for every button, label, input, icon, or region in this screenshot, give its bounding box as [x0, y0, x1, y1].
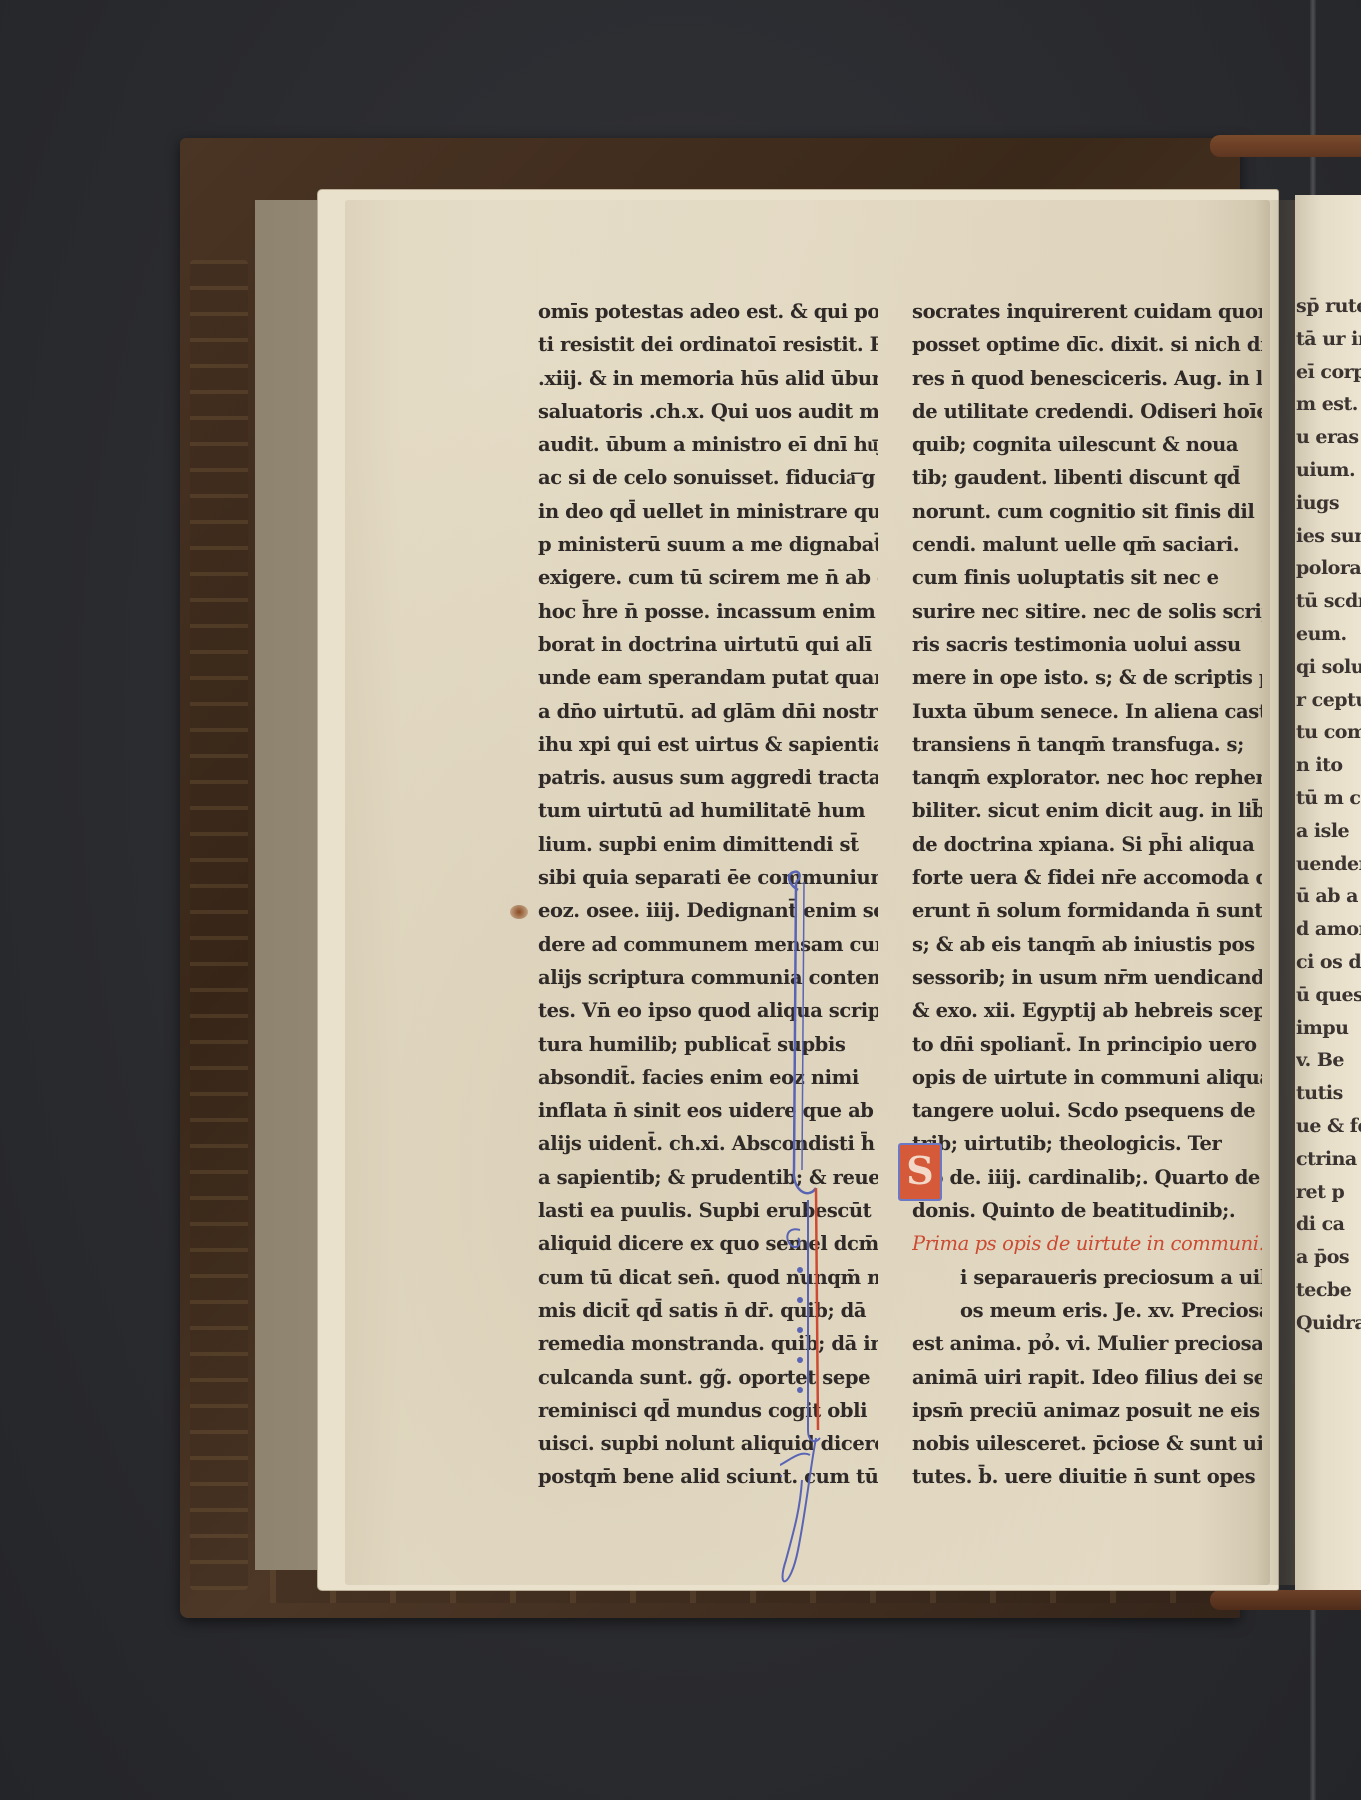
text-line: omīs potestas adeo est. & qui potesta [538, 295, 878, 328]
facing-line: ue & fe [1296, 1110, 1361, 1143]
text-line: opis de uirtute in communi aliqua [912, 1061, 1262, 1094]
facing-line: n ito [1296, 749, 1361, 782]
facing-line: tecbe [1296, 1274, 1361, 1307]
text-line: cum finis uoluptatis sit nec e [912, 561, 1262, 594]
facing-line: ū ques [1296, 979, 1361, 1012]
facing-line: eum. [1296, 618, 1361, 651]
text-line: .xiij. & in memoria hūs alid ūbum [538, 362, 878, 395]
text-line: tum uirtutū ad humilitatē hum [538, 794, 878, 827]
rubric-heading: Prima ps opis de uirtute in communi. [912, 1227, 1262, 1260]
text-line: a dn̄o uirtutū. ad glām dn̄i nostri [538, 695, 878, 728]
facing-line: tā ur imp [1296, 323, 1361, 356]
facing-line: m est. V [1296, 388, 1361, 421]
text-line: borat in doctrina uirtutū qui alī [538, 628, 878, 661]
text-line: sessorib; in usum nr̄m uendicanda. [912, 961, 1262, 994]
facing-line: tutis [1296, 1077, 1361, 1110]
blind-tooled-border-left [190, 260, 248, 1590]
facing-line: a p̄os [1296, 1241, 1361, 1274]
facing-line: polora [1296, 552, 1361, 585]
text-line: in deo qd̄ uellet in ministrare quod [538, 495, 878, 528]
text-line: tutes. b̄. uere diuitie n̄ sunt opes [912, 1460, 1262, 1493]
text-line: Iuxta ūbum senece. In aliena cast [912, 695, 1262, 728]
facing-line: ū ab a [1296, 880, 1361, 913]
facing-line: tu com [1296, 716, 1361, 749]
facing-line: ies sun [1296, 520, 1361, 553]
facing-line: di ca [1296, 1208, 1361, 1241]
text-line: de utilitate credendi. Odiseri hoīes [912, 395, 1262, 428]
facing-line: qi solus [1296, 651, 1361, 684]
text-line: hoc h̄re n̄ posse. incassum enim la [538, 595, 878, 628]
text-line: unde eam sperandam putat quam [538, 661, 878, 694]
text-line: cendi. malunt uelle qm̄ saciari. [912, 528, 1262, 561]
facing-line: uium. [1296, 454, 1361, 487]
text-line: i separaueris preciosum a uili q [912, 1261, 1262, 1294]
text-column-right: socrates inquirerent cuidam quom̄ posset… [912, 295, 1262, 1494]
facing-line: ci os d [1296, 946, 1361, 979]
facing-line: u eras T [1296, 421, 1361, 454]
facing-line: uender [1296, 848, 1361, 881]
text-line: patris. ausus sum aggredi tracta [538, 761, 878, 794]
facing-line: eī corpus. [1296, 356, 1361, 389]
facing-line: tū m co [1296, 782, 1361, 815]
text-line: trib; uirtutib; theologicis. Ter [912, 1127, 1262, 1160]
text-line: tib; gaudent. libenti discunt qd̄ [912, 461, 1262, 494]
facing-line: r ceptu [1296, 684, 1361, 717]
facing-line: tū scdn̄ [1296, 585, 1361, 618]
text-line: posset optime dīc. dixit. si nich dice [912, 328, 1262, 361]
text-line: s; & ab eis tanqm̄ ab iniustis pos [912, 928, 1262, 961]
text-line: animā uiri rapit. Ideo filius dei se [912, 1361, 1262, 1394]
text-line: forte uera & fidei nr̄e accomoda dix [912, 861, 1262, 894]
decorated-initial-s: S [898, 1143, 942, 1201]
text-line: ipsm̄ preciū animaz posuit ne eis [912, 1394, 1262, 1427]
text-line: ris sacris testimonia uolui assu [912, 628, 1262, 661]
text-line: p ministerū suum a me dignabat̄ [538, 528, 878, 561]
text-line: tanqm̄ explorator. nec hoc repheni [912, 761, 1262, 794]
text-line: surire nec sitire. nec de solis scriptu [912, 595, 1262, 628]
text-line: erunt n̄ solum formidanda n̄ sunt [912, 894, 1262, 927]
facing-line: impu [1296, 1012, 1361, 1045]
text-line: socrates inquirerent cuidam quom̄ [912, 295, 1262, 328]
text-line: exigere. cum tū scirem me n̄ ab ep̄o [538, 561, 878, 594]
spine-strap-bottom [1210, 1590, 1361, 1610]
text-line: norunt. cum cognitio sit finis dil [912, 495, 1262, 528]
facing-line: Quidra [1296, 1307, 1361, 1340]
text-line: mere in ope isto. s; & de scriptis ph̄oz… [912, 661, 1262, 694]
text-line: ac si de celo sonuisset. fiducia͞ g hūs [538, 461, 878, 494]
text-line: donis. Quinto de beatitudinib;. [912, 1194, 1262, 1227]
text-line: res n̄ quod benesciceris. Aug. in lib̄ [912, 362, 1262, 395]
text-line: de doctrina xpiana. Si ph̄i aliqua [912, 828, 1262, 861]
text-line: & exo. xii. Egyptij ab hebreis scep [912, 994, 1262, 1027]
text-line: lium. supbi enim dimittendi st̄ [538, 828, 878, 861]
facing-page-text: sp̄ rutes tā ur imp eī corpus. m est. V … [1296, 290, 1361, 1340]
facing-line: d amon [1296, 913, 1361, 946]
facing-line: ctrina [1296, 1143, 1361, 1176]
text-line: to dn̄i spoliant̄. In principio uero [912, 1028, 1262, 1061]
text-line: saluatoris .ch.x. Qui uos audit me [538, 395, 878, 428]
text-line: cio de. iiij. cardinalib;. Quarto de [912, 1161, 1262, 1194]
text-line: os meum eris. Je. xv. Preciosa [912, 1294, 1262, 1327]
spine-strap-top [1210, 135, 1361, 157]
text-line: nobis uilesceret. p̄ciose & sunt uir [912, 1427, 1262, 1460]
text-line: audit. ūbum a ministro eī dnī hu͞j. [538, 428, 878, 461]
text-line: quib; cognita uilescunt & noua [912, 428, 1262, 461]
text-line: est anima. pỏ. vi. Mulier preciosa [912, 1327, 1262, 1360]
penwork-flourish [780, 870, 880, 1600]
text-line: transiens n̄ tanqm̄ transfuga. s; [912, 728, 1262, 761]
text-line: ti resistit dei ordinatoī resistit. Ro. [538, 328, 878, 361]
ink-stain [510, 905, 528, 919]
facing-line: sp̄ rutes [1296, 290, 1361, 323]
facing-line: v. Be [1296, 1044, 1361, 1077]
facing-line: iugs [1296, 487, 1361, 520]
text-line: tangere uolui. Scdo psequens de [912, 1094, 1262, 1127]
facing-line: a isle [1296, 815, 1361, 848]
facing-line: ret p [1296, 1176, 1361, 1209]
text-line: biliter. sicut enim dicit aug. in lib̄ [912, 794, 1262, 827]
text-line: ihu xpi qui est uirtus & sapientia [538, 728, 878, 761]
